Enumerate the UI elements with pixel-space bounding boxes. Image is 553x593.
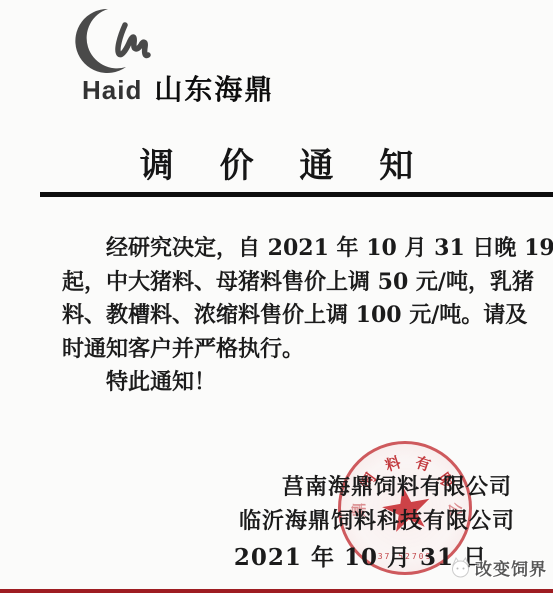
price-notice-document: Haid 山东海鼎 调 价 通 知 经研究决定，自 2021 年 10 月 31… bbox=[0, 0, 553, 593]
watermark: 改变饲界 bbox=[449, 555, 547, 580]
notice-line: 特此通知！ bbox=[62, 366, 518, 400]
notice-line: 料、教槽料、浓缩料售价上调 100 元/吨。请及 bbox=[62, 299, 518, 333]
notice-line: 经研究决定，自 2021 年 10 月 31 日晚 19:00 bbox=[62, 232, 518, 266]
brand-chinese-text: 山东海鼎 bbox=[154, 68, 274, 108]
title-divider-rule bbox=[40, 192, 553, 197]
watermark-text: 改变饲界 bbox=[475, 555, 547, 580]
signature-company-2: 临沂海鼎饲料科技有限公司 bbox=[239, 504, 515, 535]
brand-latin-text: Haid bbox=[82, 75, 142, 106]
notice-line: 起，中大猪料、母猪料售价上调 50 元/吨，乳猪 bbox=[62, 266, 518, 300]
bottom-accent-rule bbox=[0, 589, 553, 593]
page-title: 调 价 通 知 bbox=[0, 138, 553, 187]
brand-lockup: Haid 山东海鼎 bbox=[82, 68, 274, 102]
signature-company-1: 莒南海鼎饲料有限公司 bbox=[282, 470, 512, 501]
cat-face-icon bbox=[449, 557, 472, 578]
notice-line: 时通知客户并严格执行。 bbox=[62, 333, 518, 367]
notice-body: 经研究决定，自 2021 年 10 月 31 日晚 19:00 起，中大猪料、母… bbox=[62, 232, 518, 400]
